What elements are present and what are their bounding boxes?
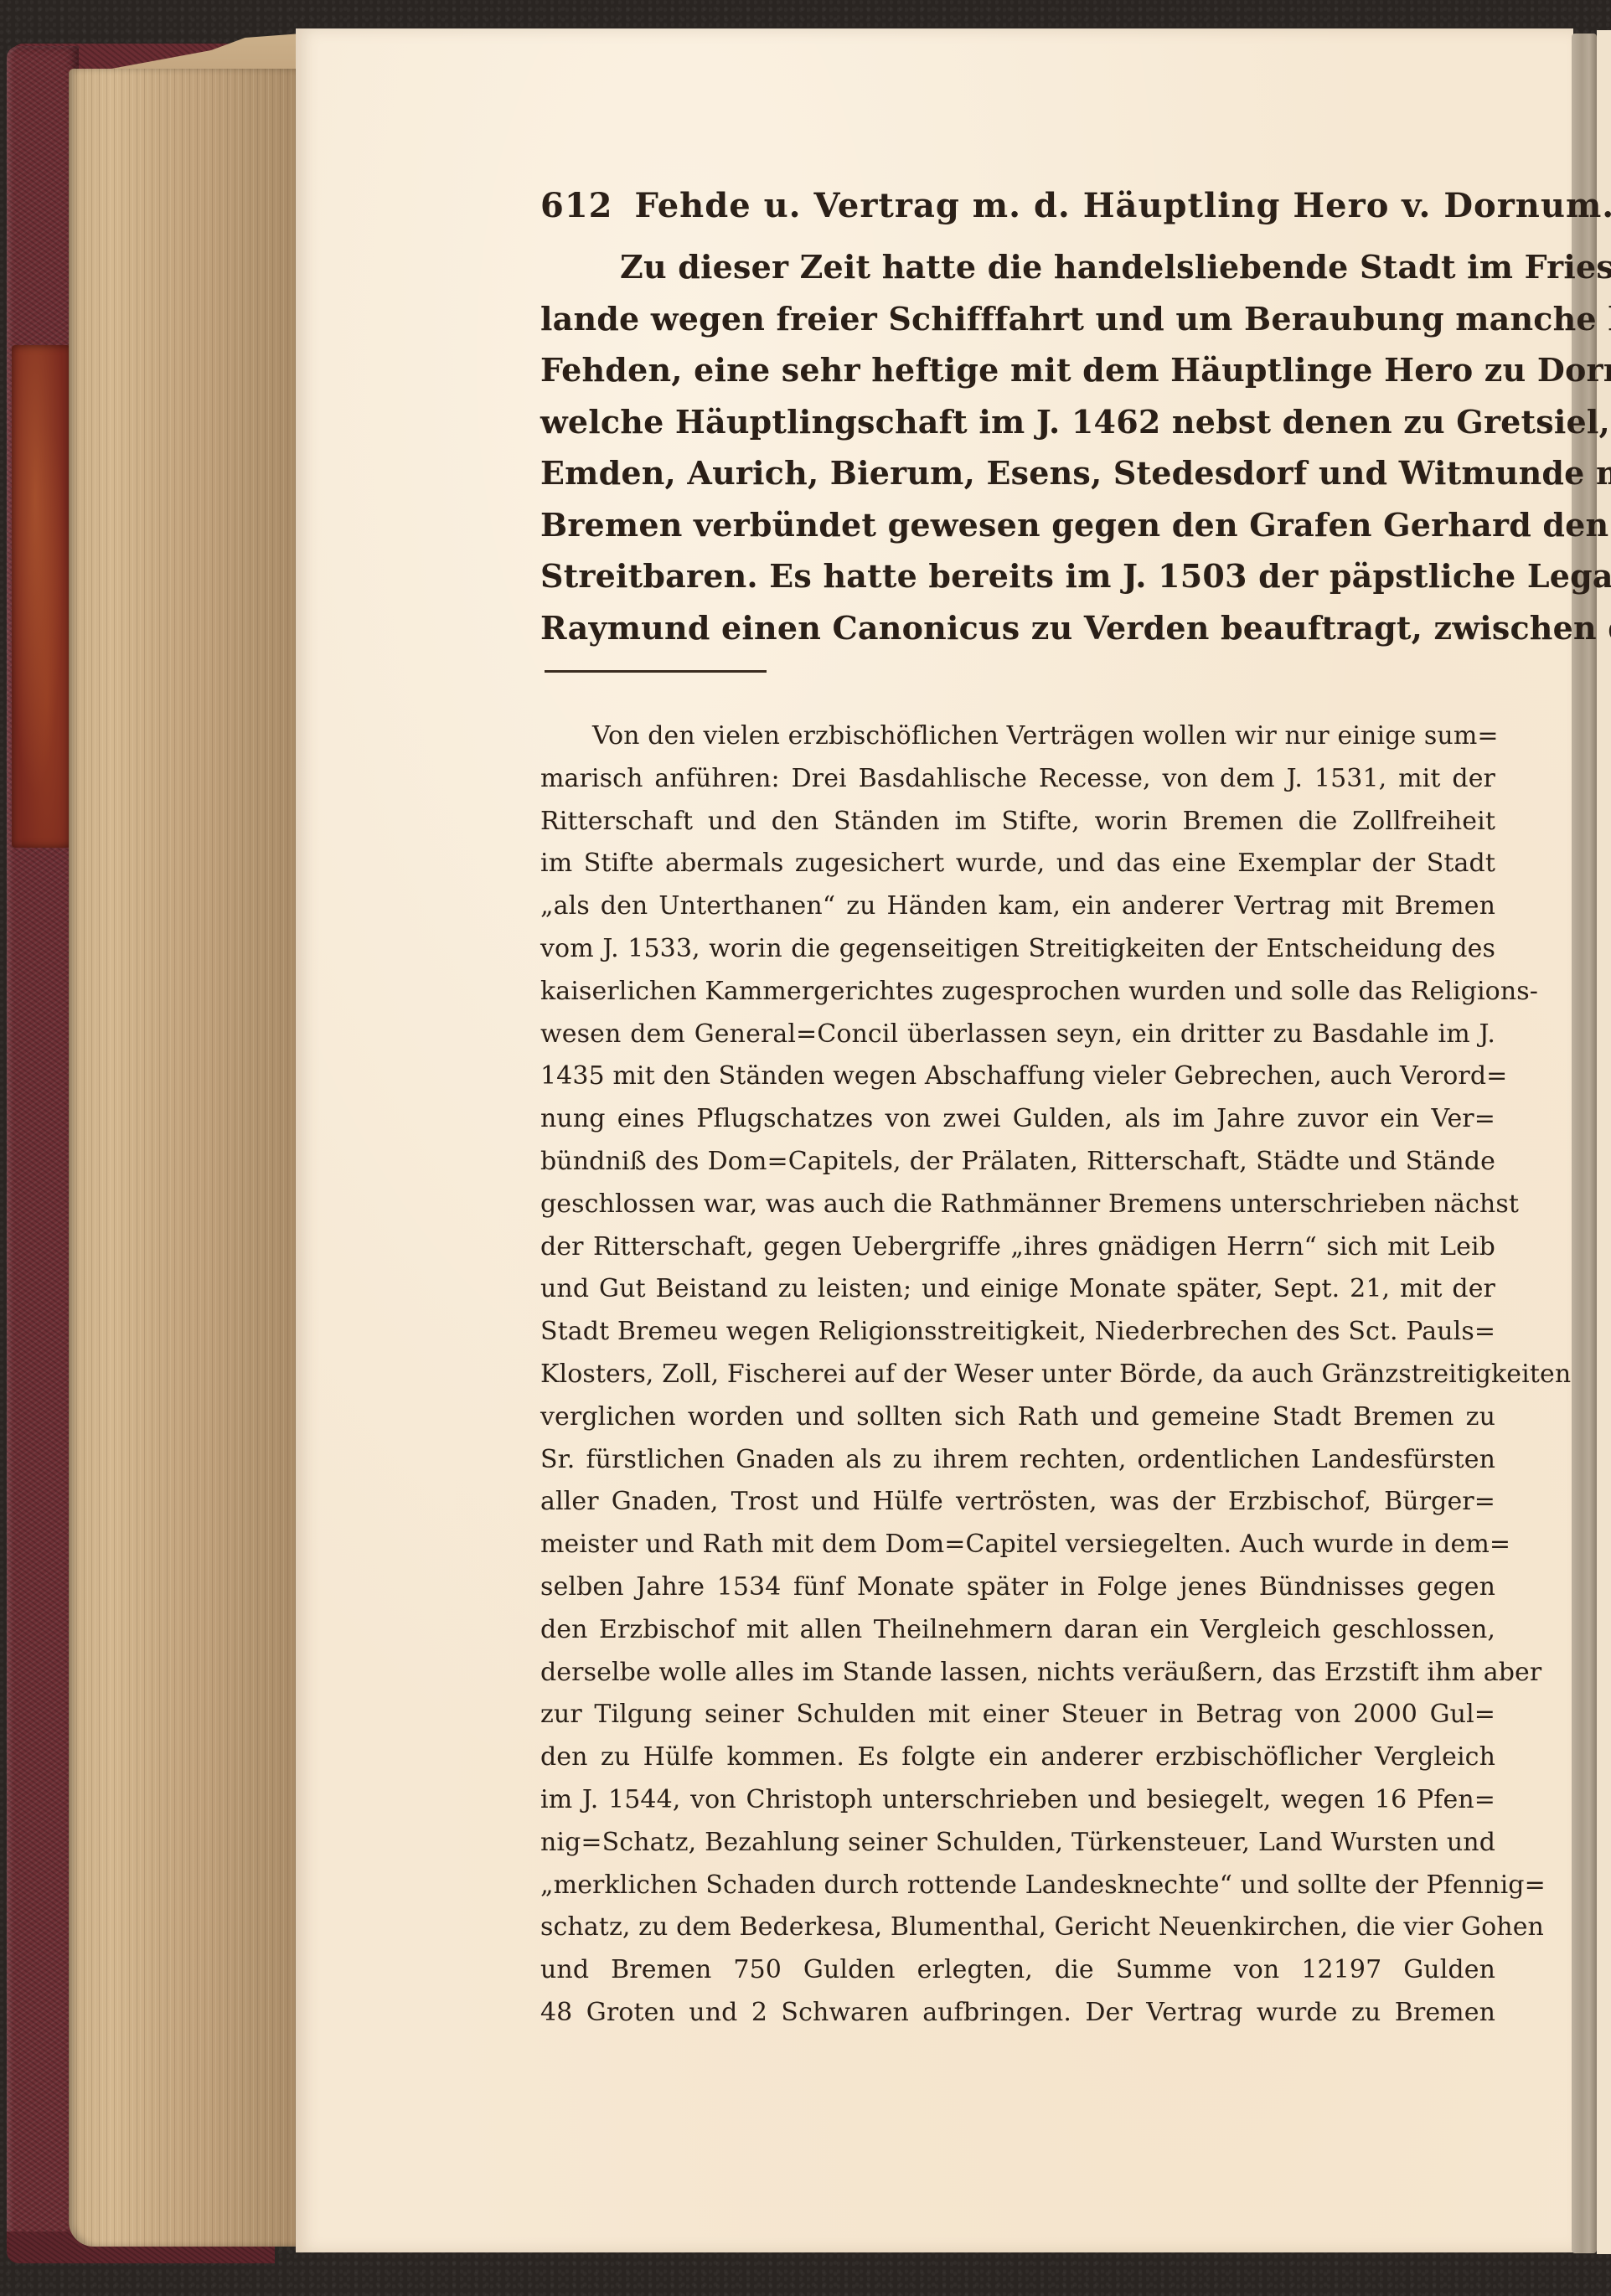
footnote-line: „merklichen Schaden durch rottende Lande…	[540, 1865, 1495, 1907]
footnote-line: Klosters, Zoll, Fischerei auf der Weser …	[540, 1354, 1495, 1396]
text-line: Emden, Aurich, Bierum, Esens, Stedesdorf…	[540, 447, 1495, 499]
footnote-line: vom J. 1533, worin die gegenseitigen Str…	[540, 928, 1495, 971]
footnote-line: und Bremen 750 Gulden erlegten, die Summ…	[540, 1949, 1495, 1992]
footnote-separator-rule	[545, 670, 767, 673]
footnote-line: 48 Groten und 2 Schwaren aufbringen. Der…	[540, 1992, 1495, 2035]
footnote-line: der Ritterschaft, gegen Uebergriffe „ihr…	[540, 1226, 1495, 1269]
footnote-line: Von den vielen erzbischöflichen Verträge…	[540, 715, 1495, 758]
footnote-line: bündniß des Dom=Capitels, der Prälaten, …	[540, 1141, 1495, 1184]
footnote-line: „als den Unterthanen“ zu Händen kam, ein…	[540, 885, 1495, 928]
text-line: Raymund einen Canonicus zu Verden beauft…	[540, 602, 1495, 654]
text-line: Streitbaren. Es hatte bereits im J. 1503…	[540, 550, 1495, 602]
text-line: Bremen verbündet gewesen gegen den Grafe…	[540, 499, 1495, 551]
footnote-line: im Stifte abermals zugesichert wurde, un…	[540, 843, 1495, 885]
page-number: 612	[540, 186, 613, 225]
footnote-line: geschlossen war, was auch die Rathmänner…	[540, 1184, 1495, 1226]
footnote-line: zur Tilgung seiner Schulden mit einer St…	[540, 1694, 1495, 1736]
footnote-line: aller Gnaden, Trost und Hülfe vertrösten…	[540, 1481, 1495, 1524]
footnote-line: selben Jahre 1534 fünf Monate später in …	[540, 1566, 1495, 1609]
text-line: welche Häuptlingschaft im J. 1462 nebst …	[540, 396, 1495, 448]
footnote-line: Stadt Bremeu wegen Religionsstreitigkeit…	[540, 1311, 1495, 1354]
footnote-line: den Erzbischof mit allen Theilnehmern da…	[540, 1609, 1495, 1652]
footnote-line: Sr. fürstlichen Gnaden als zu ihrem rech…	[540, 1439, 1495, 1482]
spine-label-patch	[12, 345, 70, 848]
text-line: Fehden, eine sehr heftige mit dem Häuptl…	[540, 344, 1495, 396]
footnote-line: derselbe wolle alles im Stande lassen, n…	[540, 1652, 1495, 1695]
footnote-line: marisch anführen: Drei Basdahlische Rece…	[540, 758, 1495, 801]
footnote: Von den vielen erzbischöflichen Verträge…	[540, 715, 1495, 2035]
footnote-line: nung eines Pflugschatzes von zwei Gulden…	[540, 1098, 1495, 1141]
footnote-line: kaiserlichen Kammergerichtes zugesproche…	[540, 971, 1495, 1014]
running-head: 612Fehde u. Vertrag m. d. Häuptling Hero…	[540, 186, 1495, 225]
text-line: lande wegen freier Schifffahrt und um Be…	[540, 293, 1495, 345]
footnote-line: nig=Schatz, Bezahlung seiner Schulden, T…	[540, 1822, 1495, 1865]
footnote-line: wesen dem General=Concil überlassen seyn…	[540, 1014, 1495, 1056]
running-head-title: Fehde u. Vertrag m. d. Häuptling Hero v.…	[635, 186, 1611, 225]
footnote-line: Ritterschaft und den Ständen im Stifte, …	[540, 801, 1495, 844]
footnote-line: und Gut Beistand zu leisten; und einige …	[540, 1268, 1495, 1311]
footnote-line: im J. 1544, von Christoph unterschrieben…	[540, 1779, 1495, 1822]
text-line: Zu dieser Zeit hatte die handelsliebende…	[540, 241, 1495, 293]
footnote-line: meister und Rath mit dem Dom=Capitel ver…	[540, 1524, 1495, 1566]
page-block-fore-edge	[69, 69, 302, 2247]
main-paragraph: Zu dieser Zeit hatte die handelsliebende…	[540, 241, 1495, 653]
footnote-line: 1435 mit den Ständen wegen Abschaffung v…	[540, 1055, 1495, 1098]
footnote-line: schatz, zu dem Bederkesa, Blumenthal, Ge…	[540, 1906, 1495, 1949]
footnote-line: den zu Hülfe kommen. Es folgte ein ander…	[540, 1736, 1495, 1779]
footnote-line: verglichen worden und sollten sich Rath …	[540, 1396, 1495, 1439]
